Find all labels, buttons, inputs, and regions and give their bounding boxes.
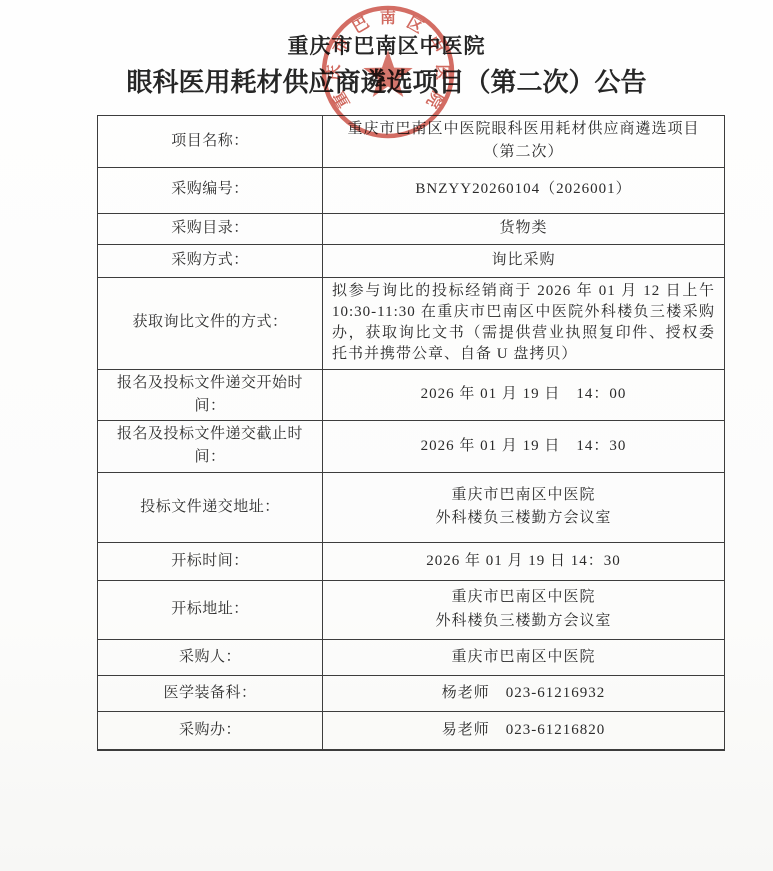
row-value-cell: 拟参与询比的投标经销商于 2026 年 01 月 12 日上午 10:30-11… <box>323 277 725 369</box>
row-label-cell: 采购方式： <box>98 244 323 277</box>
scanned-page-background: 重庆市巴南区中医院 眼科医用耗材供应商遴选项目（第二次）公告 项目名称： 重庆市… <box>0 0 773 871</box>
page-subtitle: 眼科医用耗材供应商遴选项目（第二次）公告 <box>0 68 773 98</box>
row-value-cell: 重庆市巴南区中医院眼科医用耗材供应商遴选项目 （第二次） <box>323 116 725 168</box>
row-label-cell: 报名及投标文件递交截止时间： <box>98 421 323 473</box>
row-label-cell: 投标文件递交地址： <box>98 472 323 542</box>
table-row: 开标地址： 重庆市巴南区中医院 外科楼负三楼勤方会议室 <box>98 580 725 639</box>
document-header: 重庆市巴南区中医院 眼科医用耗材供应商遴选项目（第二次）公告 <box>0 0 773 98</box>
table-row: 采购编号： BNZYY20260104（2026001） <box>98 167 725 213</box>
row-label-cell: 医学装备科： <box>98 675 323 711</box>
row-value-cell: 2026 年 01 月 19 日 14：30 <box>323 421 725 473</box>
table-row: 采购人： 重庆市巴南区中医院 <box>98 639 725 675</box>
row-value-cell: 杨老师 023-61216932 <box>323 675 725 711</box>
table-row: 项目名称： 重庆市巴南区中医院眼科医用耗材供应商遴选项目 （第二次） <box>98 116 725 168</box>
row-label-cell: 采购目录： <box>98 213 323 244</box>
table-row: 开标时间： 2026 年 01 月 19 日 14：30 <box>98 542 725 580</box>
table-row: 采购方式： 询比采购 <box>98 244 725 277</box>
table-row: 采购目录： 货物类 <box>98 213 725 244</box>
row-value-cell: 2026 年 01 月 19 日 14：30 <box>323 542 725 580</box>
table-row: 获取询比文件的方式： 拟参与询比的投标经销商于 2026 年 01 月 12 日… <box>98 277 725 369</box>
row-label-cell: 项目名称： <box>98 116 323 168</box>
table-row: 医学装备科： 杨老师 023-61216932 <box>98 675 725 711</box>
row-label-cell: 报名及投标文件递交开始时间： <box>98 369 323 421</box>
row-label-cell: 采购编号： <box>98 167 323 213</box>
table-row: 报名及投标文件递交开始时间： 2026 年 01 月 19 日 14：00 <box>98 369 725 421</box>
row-label-cell: 采购人： <box>98 639 323 675</box>
row-value-cell: 2026 年 01 月 19 日 14：00 <box>323 369 725 421</box>
row-value-cell: 重庆市巴南区中医院 <box>323 639 725 675</box>
row-value-cell: 易老师 023-61216820 <box>323 711 725 750</box>
row-value-cell: BNZYY20260104（2026001） <box>323 167 725 213</box>
row-label-cell: 开标地址： <box>98 580 323 639</box>
row-value-cell: 询比采购 <box>323 244 725 277</box>
row-label-cell: 采购办： <box>98 711 323 750</box>
table-row: 报名及投标文件递交截止时间： 2026 年 01 月 19 日 14：30 <box>98 421 725 473</box>
row-value-cell: 货物类 <box>323 213 725 244</box>
page-title: 重庆市巴南区中医院 <box>0 34 773 59</box>
row-value-cell: 重庆市巴南区中医院 外科楼负三楼勤方会议室 <box>323 580 725 639</box>
row-label-cell: 获取询比文件的方式： <box>98 277 323 369</box>
announcement-table: 项目名称： 重庆市巴南区中医院眼科医用耗材供应商遴选项目 （第二次） 采购编号：… <box>97 115 725 751</box>
table-row: 采购办： 易老师 023-61216820 <box>98 711 725 750</box>
table-row: 投标文件递交地址： 重庆市巴南区中医院 外科楼负三楼勤方会议室 <box>98 472 725 542</box>
row-value-cell: 重庆市巴南区中医院 外科楼负三楼勤方会议室 <box>323 472 725 542</box>
row-label-cell: 开标时间： <box>98 542 323 580</box>
